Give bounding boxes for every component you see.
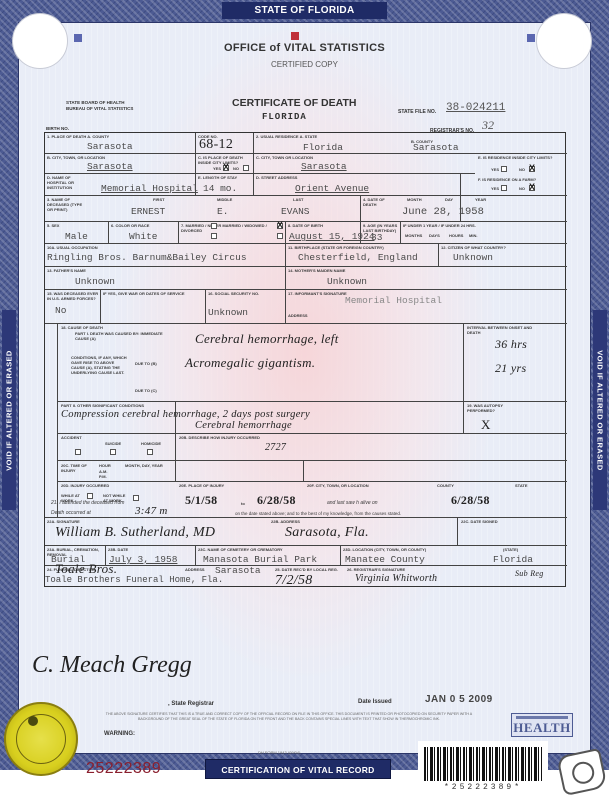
- res-farm-yes-label: YES: [491, 186, 499, 191]
- date-signed-label: 22c. DATE SIGNED: [461, 519, 498, 524]
- warning-label: WARNING:: [104, 731, 135, 737]
- mother-name: Unknown: [327, 276, 367, 287]
- rule: [253, 133, 254, 195]
- citizen: Unknown: [453, 252, 493, 263]
- health-logo-icon: HEALTH: [511, 713, 573, 737]
- middle-name: E.: [217, 206, 228, 217]
- rule: [45, 173, 475, 174]
- rule: [57, 401, 567, 402]
- rule: [45, 195, 567, 196]
- funeral-address: Sarasota: [215, 565, 261, 576]
- armed-forces-label: 15. WAS DECEASED EVER IN U.S. ARMED FORC…: [47, 291, 99, 301]
- residence-inside-city-label: e. IS RESIDENCE INSIDE CITY LIMITS?: [478, 155, 564, 160]
- cemetery-label: 23c. NAME OF CEMETERY OR CREMATORY: [198, 547, 283, 552]
- part2-label: PART II. OTHER SIGNIFICANT CONDITIONS: [61, 403, 144, 408]
- res-inside-no-label: NO: [519, 167, 525, 172]
- street-label: d. STREET ADDRESS: [256, 175, 297, 180]
- physician-signature-label: 22a. SIGNATURE: [47, 519, 80, 524]
- due-to-c-label: DUE TO (c): [135, 388, 157, 393]
- certified-copy-label: CERTIFIED COPY: [0, 60, 609, 69]
- camera-watermark-icon: [556, 748, 607, 796]
- rule: [100, 289, 101, 323]
- not-at-work-checkbox[interactable]: [133, 495, 139, 501]
- burial-location-label: 23d. LOCATION (City, town, or county): [343, 547, 426, 552]
- seal-inner-ring: [16, 714, 66, 764]
- physician-statement: on the date stated above; and to the bes…: [235, 511, 401, 516]
- injury-city-label: 20f. CITY, TOWN, OR LOCATION: [307, 483, 369, 488]
- age-days-label: Days: [429, 233, 440, 238]
- rule: [178, 221, 179, 243]
- birthplace-label: 11. BIRTHPLACE (State or foreign country…: [288, 245, 384, 250]
- rule: [45, 323, 567, 324]
- hospital-name: Memorial Hospital: [101, 183, 198, 194]
- pod-county-label: 1. PLACE OF DEATH a. COUNTY: [47, 134, 109, 139]
- residence-state: Florida: [303, 142, 343, 153]
- citizen-label: 12. CITIZEN OF WHAT COUNTRY?: [441, 245, 506, 250]
- age-under-label: IF UNDER 1 YEAR / IF UNDER 24 HRS.: [403, 223, 523, 228]
- burial-location: Manatee County: [345, 554, 425, 565]
- certificate-state: FLORIDA: [262, 112, 307, 122]
- residence-city: Sarasota: [301, 161, 347, 172]
- father-label: 13. FATHER'S NAME: [47, 268, 86, 273]
- state-registrar-signature: C. Meach Gregg: [32, 652, 192, 679]
- health-logo-text: HEALTH: [513, 720, 570, 735]
- informant-label: 17. INFORMANT'S SIGNATURE: [288, 291, 347, 296]
- divorced-checkbox[interactable]: [277, 233, 283, 239]
- registrar-title: Sub Reg: [515, 569, 544, 578]
- time-of-injury-label: 20c. TIME OF INJURY: [61, 463, 91, 473]
- pod-code: 68-12: [199, 137, 233, 153]
- date-issued-label: Date Issued: [358, 699, 392, 705]
- void-label-left: VOID IF ALTERED OR ERASED: [5, 350, 14, 470]
- attended-to: 6/28/58: [257, 493, 296, 508]
- rule: [400, 221, 401, 243]
- rule: [45, 266, 567, 267]
- state-file-label: STATE FILE NO.: [398, 109, 436, 115]
- last-name: EVANS: [281, 206, 310, 217]
- pod-city-label: b. CITY, TOWN, OR LOCATION: [47, 155, 105, 160]
- date-of-death: June 28, 1958: [402, 206, 484, 218]
- age-hours-label: Hours: [449, 233, 463, 238]
- marital-status-label: 7. MARRIED / NEVER MARRIED / WIDOWED / D…: [181, 223, 281, 233]
- interval-b: 21 yrs: [495, 361, 526, 376]
- physician-address-label: 22b. ADDRESS: [271, 519, 300, 524]
- injury-how-label: 20b. DESCRIBE HOW INJURY OCCURRED: [179, 435, 260, 440]
- war-dates-label: If yes, give war or dates of service: [103, 291, 203, 296]
- rule: [45, 153, 567, 154]
- occupation-label: 10a. USUAL OCCUPATION: [47, 245, 98, 250]
- rule: [57, 460, 567, 461]
- accident-checkbox[interactable]: [75, 449, 81, 455]
- burial-date: July 3, 1958: [109, 554, 177, 565]
- residence-state-label: 2. USUAL RESIDENCE a. STATE: [256, 134, 317, 139]
- suicide-label: SUICIDE: [105, 441, 121, 446]
- rule: [45, 289, 567, 290]
- pod-inside-no-checkbox[interactable]: [243, 165, 249, 171]
- injury-date-label: Month, Day, Year: [125, 463, 163, 468]
- sex: Male: [65, 231, 88, 242]
- burial-state-label: (State): [503, 547, 518, 552]
- race: White: [129, 231, 158, 242]
- date-issued: JAN 0 5 2009: [425, 694, 493, 705]
- date-received: 7/2/58: [275, 573, 313, 589]
- mother-label: 14. MOTHER'S MAIDEN NAME: [288, 268, 345, 273]
- birth-number-label: BIRTH NO.: [46, 126, 69, 131]
- death-month-label: Month: [407, 197, 422, 202]
- registrar-signature: Virginia Whitworth: [355, 573, 437, 584]
- last-seen-label: and last saw h alive on: [327, 501, 378, 506]
- certification-fine-print: THE ABOVE SIGNATURE CERTIFIES THAT THIS …: [104, 712, 474, 722]
- rule: [45, 565, 567, 566]
- injury-how-value: 2727: [265, 442, 286, 453]
- residence-county: Sarasota: [413, 142, 459, 153]
- rule: [457, 517, 458, 545]
- certificate-title: CERTIFICATE OF DEATH: [232, 97, 356, 109]
- state-banner: STATE OF FLORIDA: [222, 2, 387, 19]
- death-year-label: Year: [475, 197, 486, 202]
- length-of-stay-label: e. LENGTH OF STAY: [198, 175, 252, 180]
- security-mark-center: [291, 32, 299, 40]
- res-inside-yes-checkbox[interactable]: [501, 166, 507, 172]
- ssn-label: 16. SOCIAL SECURITY NO.: [208, 291, 259, 296]
- certification-banner: CERTIFICATION OF VITAL RECORD: [205, 759, 391, 779]
- last-seen-date: 6/28/58: [451, 493, 490, 508]
- state-registrar-label: , State Registrar: [168, 701, 214, 707]
- registrar-number: 32: [482, 118, 494, 133]
- part2-conditions: Compression cerebral hemorrhage, 2 days …: [61, 409, 310, 420]
- res-farm-no-label: NO: [519, 186, 525, 191]
- street-address: Orient Avenue: [295, 183, 369, 194]
- attended-to-label: to: [241, 501, 245, 506]
- security-mark-left: [74, 34, 82, 42]
- middle-name-label: Middle: [217, 197, 232, 202]
- rule: [285, 221, 286, 243]
- death-day-label: Day: [445, 197, 453, 202]
- pod-county: Sarasota: [87, 141, 133, 152]
- part1-label: PART I. DEATH WAS CAUSED BY: IMMEDIATE C…: [75, 331, 175, 341]
- death-certificate-page: STATE OF FLORIDA OFFICE of VITAL STATIST…: [0, 0, 609, 796]
- rule: [45, 243, 567, 244]
- rule: [195, 545, 196, 565]
- first-name: ERNEST: [131, 206, 165, 217]
- rule: [205, 289, 206, 323]
- funeral-address-label: ADDRESS: [185, 567, 205, 572]
- rule: [463, 323, 464, 433]
- registrar-signature-label: 26. REGISTRAR'S SIGNATURE: [347, 567, 405, 572]
- birth-date: August 15, 1924: [289, 231, 375, 242]
- rule: [57, 323, 58, 517]
- pod-inside-no-label: NO: [233, 166, 239, 171]
- rule: [45, 517, 567, 518]
- autopsy-label: 19. WAS AUTOPSY PERFORMED?: [467, 403, 527, 413]
- while-at-work-checkbox[interactable]: [87, 493, 93, 499]
- due-to-b: Acromegalic gigantism.: [185, 355, 315, 371]
- form-number: DH FORM 1943 (09/04): [258, 750, 300, 755]
- birth-date-label: 8. DATE OF BIRTH: [288, 223, 323, 228]
- res-farm-no-checkbox[interactable]: [529, 185, 535, 191]
- physician-signature[interactable]: William B. Sutherland, MD: [55, 525, 215, 541]
- security-mark-right: [527, 34, 535, 42]
- state-file-number: 38-024211: [446, 102, 505, 114]
- attended-label: 21. I attended the deceased from: [51, 501, 124, 506]
- void-if-altered-right: VOID IF ALTERED OR ERASED: [593, 310, 607, 510]
- rule: [303, 460, 304, 481]
- rule: [285, 243, 286, 323]
- res-farm-yes-checkbox[interactable]: [501, 185, 507, 191]
- interval-a: 36 hrs: [495, 337, 527, 352]
- rule: [108, 221, 109, 243]
- hospital-label: d. NAME OF HOSPITAL OR INSTITUTION: [47, 175, 87, 190]
- agency-line-2: BUREAU OF VITAL STATISTICS: [66, 106, 133, 112]
- part2-conditions-line2: Cerebral hemorrhage: [195, 420, 292, 431]
- cemetery-name: Manasota Burial Park: [203, 554, 317, 565]
- res-inside-no-checkbox[interactable]: [529, 166, 535, 172]
- length-of-stay: 14 mo.: [203, 183, 237, 194]
- due-to-b-label: DUE TO (b): [135, 361, 157, 366]
- homicide-label: HOMICIDE: [141, 441, 161, 446]
- age-minutes-label: Min.: [469, 233, 477, 238]
- conditions-label: Conditions, if any, which gave rise to a…: [71, 355, 127, 375]
- death-occurred-label: Death occurred at: [51, 511, 91, 516]
- suicide-checkbox[interactable]: [110, 449, 116, 455]
- void-if-altered-left: VOID IF ALTERED OR ERASED: [2, 310, 16, 510]
- barcode: *25222389*: [418, 741, 548, 796]
- autopsy-mark: X: [481, 417, 491, 433]
- father-name: Unknown: [75, 276, 115, 287]
- never-married-checkbox[interactable]: [277, 223, 283, 229]
- first-name-label: First: [153, 197, 165, 202]
- cause-of-death-label: 18. CAUSE OF DEATH: [61, 325, 103, 330]
- widowed-checkbox[interactable]: [211, 233, 217, 239]
- pod-inside-yes-label: YES: [213, 166, 221, 171]
- accident-label: ACCIDENT: [61, 435, 82, 440]
- burial-date-label: 23b. DATE: [108, 547, 128, 552]
- seal-emblem: [28, 716, 38, 726]
- birthplace: Chesterfield, England: [298, 252, 418, 263]
- rule: [438, 243, 439, 266]
- res-inside-yes-label: YES: [491, 167, 499, 172]
- rule: [45, 545, 567, 546]
- race-label: 6. COLOR OR RACE: [111, 223, 149, 228]
- void-label-right: VOID IF ALTERED OR ERASED: [596, 350, 605, 470]
- married-checkbox[interactable]: [211, 223, 217, 229]
- residence-city-label: c. CITY, TOWN OR LOCATION: [256, 155, 313, 160]
- immediate-cause: Cerebral hemorrhage, left: [195, 331, 339, 347]
- occupation: Ringling Bros. Barnum&Bailey Circus: [47, 252, 247, 263]
- physician-address: Sarasota, Fla.: [285, 525, 369, 541]
- age-months-label: Months: [405, 233, 422, 238]
- injury-county-label: COUNTY: [437, 483, 454, 488]
- injury-place-label: 20e. PLACE OF INJURY: [179, 483, 299, 488]
- armed-forces: No: [55, 305, 66, 316]
- pod-inside-yes-checkbox[interactable]: [223, 165, 229, 171]
- interval-label: INTERVAL BETWEEN ONSET AND DEATH: [467, 325, 537, 335]
- injury-hour-label: Hour: [99, 463, 111, 468]
- agency-header: STATE BOARD OF HEALTH BUREAU OF VITAL ST…: [66, 100, 133, 112]
- burial-state: Florida: [493, 554, 533, 565]
- pod-city: Sarasota: [87, 161, 133, 172]
- informant-address-label: Address: [288, 313, 308, 318]
- injury-pm-label: p.m.: [99, 474, 107, 479]
- funeral-home: Toale Brothers Funeral Home, Fla.: [45, 575, 223, 585]
- date-received-label: 25. DATE REC'D BY LOCAL REG.: [275, 567, 345, 572]
- deceased-name-label: 3. NAME OF DECEASED (Type or print): [47, 197, 83, 212]
- serial-number: 25222389: [86, 760, 161, 778]
- certificate-form: 1. PLACE OF DEATH a. COUNTY Sarasota COD…: [44, 132, 566, 587]
- age: 33: [371, 232, 382, 243]
- last-name-label: Last: [293, 197, 303, 202]
- barcode-text: *25222389*: [418, 783, 548, 792]
- injury-occurred-label: 20d. INJURY OCCURRED: [61, 483, 109, 488]
- rule: [340, 545, 341, 565]
- barcode-bars-icon: [424, 747, 542, 781]
- rule: [57, 481, 567, 482]
- homicide-checkbox[interactable]: [147, 449, 153, 455]
- residence-farm-label: f. IS RESIDENCE ON A FARM?: [478, 177, 536, 182]
- death-time: 3:47 m: [135, 505, 168, 517]
- health-logo-bar: [516, 716, 568, 719]
- sex-label: 5. SEX: [47, 223, 59, 228]
- informant: Memorial Hospital: [345, 295, 442, 306]
- date-of-death-label: 4. DATE OF DEATH: [363, 197, 389, 207]
- attended-from: 5/1/58: [185, 493, 217, 508]
- rule: [57, 433, 567, 434]
- ssn: Unknown: [208, 307, 248, 318]
- state-seal-icon: [4, 702, 78, 776]
- office-title: OFFICE of VITAL STATISTICS: [0, 42, 609, 54]
- injury-state-label: STATE: [515, 483, 528, 488]
- rule: [45, 221, 567, 222]
